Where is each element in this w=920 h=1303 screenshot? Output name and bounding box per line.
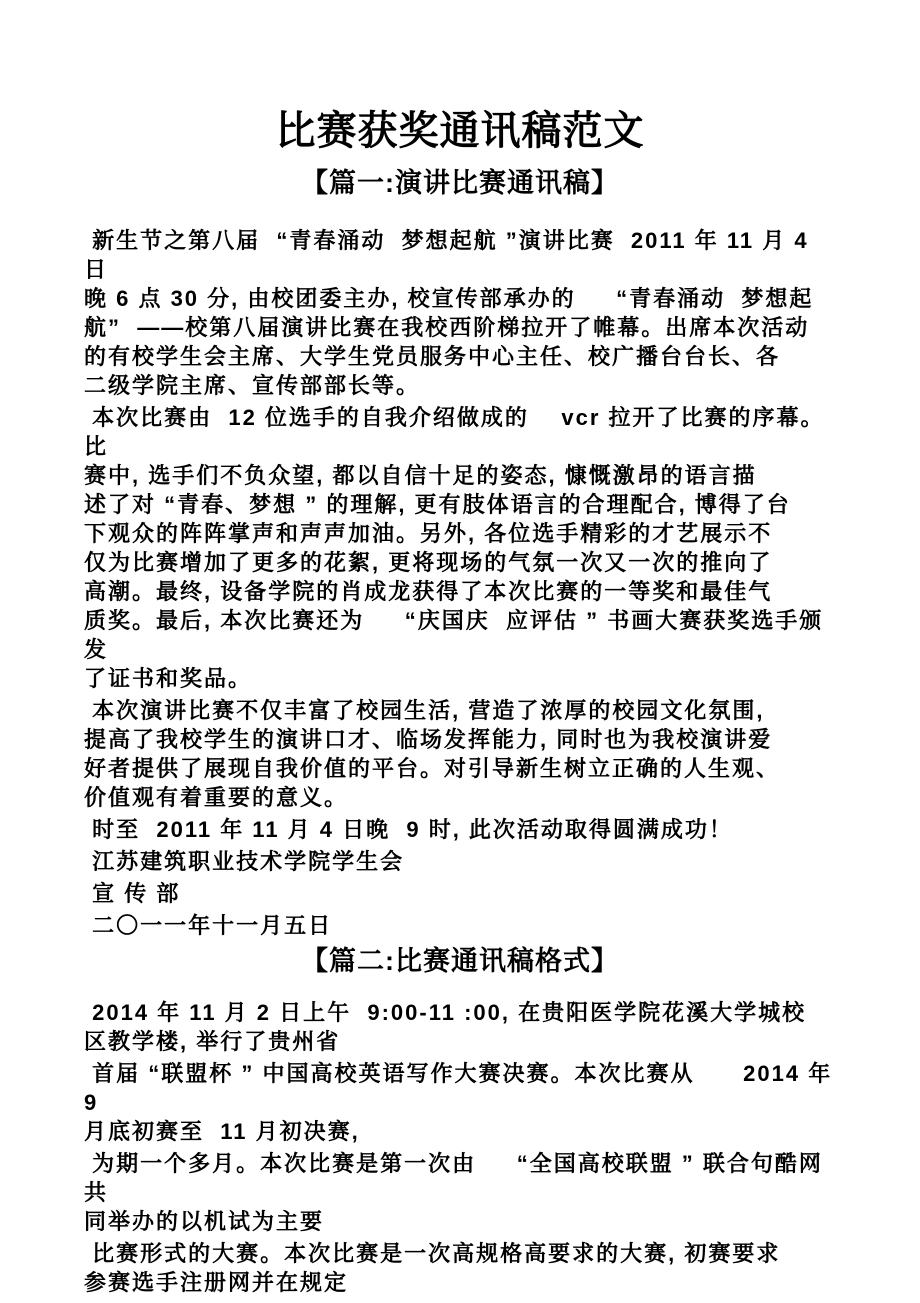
paragraph: 二〇一一年十一月五日 [84, 911, 836, 940]
text-line: 赛中, 选手们不负众望, 都以自信十足的姿态, 慷慨激昂的语言描 [84, 461, 836, 490]
document-sections: 【篇一:演讲比赛通讯稿】 新生节之第八届 “青春涌动 梦想起航 ”演讲比赛 20… [0, 166, 920, 1297]
text-line: 下观众的阵阵掌声和声声加油。另外, 各位选手精彩的才艺展示不 [84, 519, 836, 548]
text-line: 本次演讲比赛不仅丰富了校园生活, 营造了浓厚的校园文化氛围, [84, 696, 836, 725]
paragraph: 首届 “联盟杯 ” 中国高校英语写作大赛决赛。本次比赛从 2014 年 9月底初… [84, 1059, 836, 1146]
paragraph: 本次比赛由 12 位选手的自我介绍做成的 vcr 拉开了比赛的序幕。比赛中, 选… [84, 403, 836, 693]
text-line: 新生节之第八届 “青春涌动 梦想起航 ”演讲比赛 2011 年 11 月 4 日 [84, 226, 836, 284]
text-line: 比赛形式的大赛。本次比赛是一次高规格高要求的大赛, 初赛要求 [84, 1239, 836, 1268]
document-page: 比赛获奖通讯稿范文 【篇一:演讲比赛通讯稿】 新生节之第八届 “青春涌动 梦想起… [0, 0, 920, 1303]
text-line: 提高了我校学生的演讲口才、临场发挥能力, 同时也为我校演讲爱 [84, 725, 836, 754]
text-line: 好者提供了展现自我价值的平台。对引导新生树立正确的人生观、 [84, 754, 836, 783]
text-line: 二级学院主席、宣传部部长等。 [84, 371, 836, 400]
paragraph: 2014 年 11 月 2 日上午 9:00-11 :00, 在贵阳医学院花溪大… [84, 998, 836, 1056]
text-line: 月底初赛至 11 月初决赛, [84, 1117, 836, 1146]
text-line: 江苏建筑职业技术学院学生会 [84, 847, 836, 876]
text-line: 参赛选手注册网并在规定 [84, 1268, 836, 1297]
text-line: 为期一个多月。本次比赛是第一次由 “全国高校联盟 ” 联合句酷网共 [84, 1149, 836, 1207]
section-body: 新生节之第八届 “青春涌动 梦想起航 ”演讲比赛 2011 年 11 月 4 日… [84, 226, 836, 940]
section-heading: 【篇二:比赛通讯稿格式】 [84, 944, 836, 978]
text-line: 价值观有着重要的意义。 [84, 783, 836, 812]
text-line: 质奖。最后, 本次比赛还为 “庆国庆 应评估 ” 书画大赛获奖选手颁发 [84, 606, 836, 664]
text-line: 了证书和奖品。 [84, 664, 836, 693]
paragraph: 新生节之第八届 “青春涌动 梦想起航 ”演讲比赛 2011 年 11 月 4 日… [84, 226, 836, 400]
paragraph: 本次演讲比赛不仅丰富了校园生活, 营造了浓厚的校园文化氛围,提高了我校学生的演讲… [84, 696, 836, 812]
paragraph: 为期一个多月。本次比赛是第一次由 “全国高校联盟 ” 联合句酷网共同举办的以机试… [84, 1149, 836, 1236]
text-line: 高潮。最终, 设备学院的肖成龙获得了本次比赛的一等奖和最佳气 [84, 577, 836, 606]
text-line: 区教学楼, 举行了贵州省 [84, 1027, 836, 1056]
paragraph: 宣 传 部 [84, 879, 836, 908]
paragraph: 江苏建筑职业技术学院学生会 [84, 847, 836, 876]
text-line: 宣 传 部 [84, 879, 836, 908]
text-line: 同举办的以机试为主要 [84, 1207, 836, 1236]
text-line: 晚 6 点 30 分, 由校团委主办, 校宣传部承办的 “青春涌动 梦想起 [84, 284, 836, 313]
text-line: 2014 年 11 月 2 日上午 9:00-11 :00, 在贵阳医学院花溪大… [84, 998, 836, 1027]
section-heading: 【篇一:演讲比赛通讯稿】 [84, 166, 836, 200]
text-line: 二〇一一年十一月五日 [84, 911, 836, 940]
paragraph: 时至 2011 年 11 月 4 日晚 9 时, 此次活动取得圆满成功！ [84, 815, 836, 844]
text-line: 本次比赛由 12 位选手的自我介绍做成的 vcr 拉开了比赛的序幕。比 [84, 403, 836, 461]
text-line: 的有校学生会主席、大学生党员服务中心主任、校广播台台长、各 [84, 342, 836, 371]
text-line: 时至 2011 年 11 月 4 日晚 9 时, 此次活动取得圆满成功！ [84, 815, 836, 844]
text-line: 述了对 “青春、梦想 ” 的理解, 更有肢体语言的合理配合, 博得了台 [84, 490, 836, 519]
section-body: 2014 年 11 月 2 日上午 9:00-11 :00, 在贵阳医学院花溪大… [84, 998, 836, 1297]
document-title: 比赛获奖通讯稿范文 [0, 108, 920, 154]
paragraph: 比赛形式的大赛。本次比赛是一次高规格高要求的大赛, 初赛要求参赛选手注册网并在规… [84, 1239, 836, 1297]
text-line: 仅为比赛增加了更多的花絮, 更将现场的气氛一次又一次的推向了 [84, 548, 836, 577]
text-line: 航” ——校第八届演讲比赛在我校西阶梯拉开了帷幕。出席本次活动 [84, 313, 836, 342]
text-line: 首届 “联盟杯 ” 中国高校英语写作大赛决赛。本次比赛从 2014 年 9 [84, 1059, 836, 1117]
